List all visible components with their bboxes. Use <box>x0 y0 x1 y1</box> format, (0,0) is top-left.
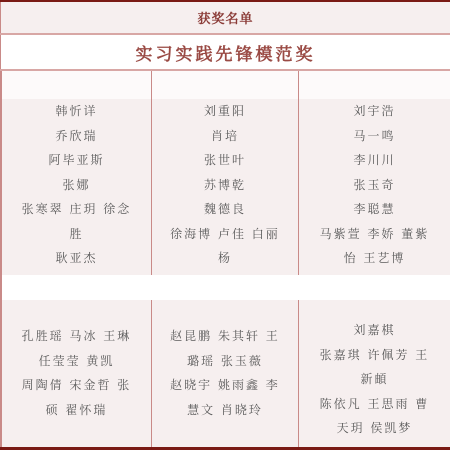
name-line: 马紫萱 李娇 董紫 <box>305 222 444 247</box>
name-line: 璐瑶 张玉薇 <box>158 349 292 374</box>
name-line: 怡 王艺博 <box>305 246 444 271</box>
name-line: 徐海博 卢佳 白丽 <box>158 222 292 247</box>
name-line: 新頔 <box>305 367 444 392</box>
name-line: 耿亚杰 <box>8 246 145 271</box>
names-list: 刘嘉棋 张嘉琪 许佩芳 王 新頔 陈依凡 王思雨 曹 天玥 侯凯梦 <box>299 300 450 441</box>
name-line: 天玥 侯凯梦 <box>305 416 444 441</box>
name-line: 刘宇浩 <box>305 99 444 124</box>
name-line: 硕 翟怀瑞 <box>8 398 145 423</box>
names-list: 刘重阳 肖培 张世叶 苏博乾 魏德良 徐海博 卢佳 白丽 杨 <box>152 99 298 271</box>
name-line: 张玉奇 <box>305 173 444 198</box>
column-top-spacer <box>299 71 450 99</box>
name-line: 张世叶 <box>158 148 292 173</box>
name-line: 杨 <box>158 246 292 271</box>
name-line: 韩忻详 <box>8 99 145 124</box>
name-line: 魏德良 <box>158 197 292 222</box>
name-line: 陈依凡 王思雨 曹 <box>305 392 444 417</box>
names-list: 孔胜瑶 马冰 王琳 任莹莹 黄凯 周陶倩 宋金哲 张 硕 翟怀瑞 <box>2 300 151 422</box>
name-line: 孔胜瑶 马冰 王琳 <box>8 324 145 349</box>
name-line: 张嘉琪 许佩芳 王 <box>305 343 444 368</box>
name-line: 周陶倩 宋金哲 张 <box>8 373 145 398</box>
names-column-1: 孔胜瑶 马冰 王琳 任莹莹 黄凯 周陶倩 宋金哲 张 硕 翟怀瑞 <box>0 300 151 447</box>
name-line: 苏博乾 <box>158 173 292 198</box>
award-list-document: 获奖名单 实习实践先锋模范奖 韩忻详 乔欣瑞 阿毕亚斯 张娜 张寒翠 庄玥 徐念… <box>0 0 450 450</box>
name-line: 慧文 肖晓玲 <box>158 398 292 423</box>
name-line: 马一鸣 <box>305 124 444 149</box>
names-list: 赵昆鹏 朱其轩 王 璐瑶 张玉薇 赵晓宇 姚雨鑫 李 慧文 肖晓玲 <box>152 300 298 422</box>
names-block-1: 韩忻详 乔欣瑞 阿毕亚斯 张娜 张寒翠 庄玥 徐念 胜 耿亚杰 刘重阳 肖培 张… <box>0 71 450 275</box>
names-column-1: 韩忻详 乔欣瑞 阿毕亚斯 张娜 张寒翠 庄玥 徐念 胜 耿亚杰 <box>0 71 151 275</box>
name-line: 赵昆鹏 朱其轩 王 <box>158 324 292 349</box>
names-list: 韩忻详 乔欣瑞 阿毕亚斯 张娜 张寒翠 庄玥 徐念 胜 耿亚杰 <box>2 99 151 271</box>
names-list: 刘宇浩 马一鸣 李川川 张玉奇 李聪慧 马紫萱 李娇 董紫 怡 王艺博 <box>299 99 450 271</box>
page-title: 获奖名单 <box>197 8 253 27</box>
name-line: 刘重阳 <box>158 99 292 124</box>
header-row: 获奖名单 <box>0 2 450 33</box>
name-line: 张娜 <box>8 173 145 198</box>
name-line: 任莹莹 黄凯 <box>8 349 145 374</box>
name-line: 李聪慧 <box>305 197 444 222</box>
name-line: 张寒翠 庄玥 徐念 <box>8 197 145 222</box>
block-gap <box>0 275 450 300</box>
name-line: 阿毕亚斯 <box>8 148 145 173</box>
name-line: 赵晓宇 姚雨鑫 李 <box>158 373 292 398</box>
name-line: 李川川 <box>305 148 444 173</box>
names-block-2: 孔胜瑶 马冰 王琳 任莹莹 黄凯 周陶倩 宋金哲 张 硕 翟怀瑞 赵昆鹏 朱其轩… <box>0 300 450 447</box>
column-top-spacer <box>2 71 151 99</box>
award-title: 实习实践先锋模范奖 <box>136 40 316 65</box>
column-top-spacer <box>152 71 298 99</box>
names-column-3: 刘宇浩 马一鸣 李川川 张玉奇 李聪慧 马紫萱 李娇 董紫 怡 王艺博 <box>298 71 450 275</box>
names-column-2: 赵昆鹏 朱其轩 王 璐瑶 张玉薇 赵晓宇 姚雨鑫 李 慧文 肖晓玲 <box>151 300 298 447</box>
name-line: 刘嘉棋 <box>305 318 444 343</box>
name-line: 胜 <box>8 222 145 247</box>
name-line: 肖培 <box>158 124 292 149</box>
name-line: 乔欣瑞 <box>8 124 145 149</box>
names-column-3: 刘嘉棋 张嘉琪 许佩芳 王 新頔 陈依凡 王思雨 曹 天玥 侯凯梦 <box>298 300 450 447</box>
names-column-2: 刘重阳 肖培 张世叶 苏博乾 魏德良 徐海博 卢佳 白丽 杨 <box>151 71 298 275</box>
award-title-row: 实习实践先锋模范奖 <box>0 35 450 69</box>
